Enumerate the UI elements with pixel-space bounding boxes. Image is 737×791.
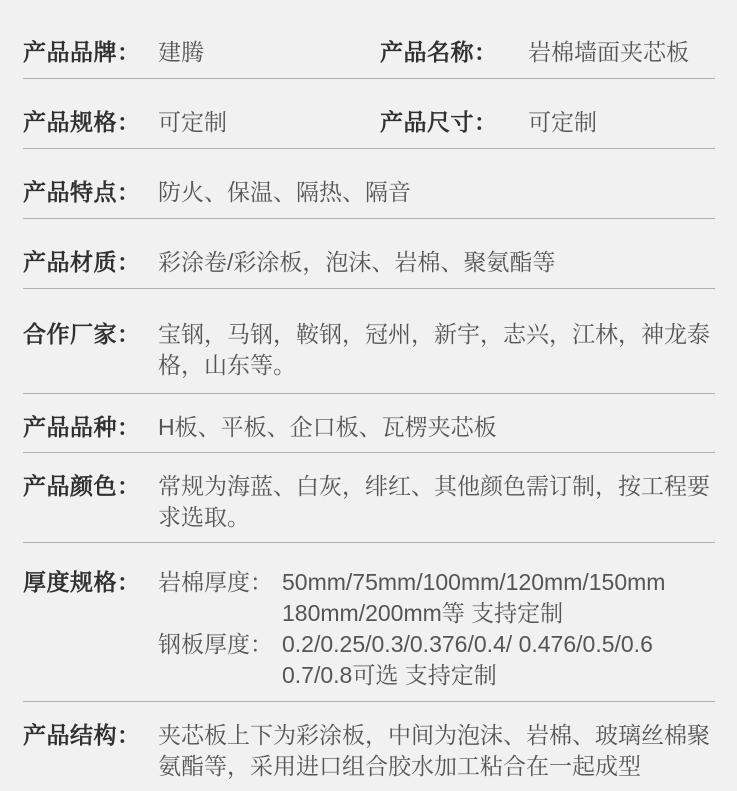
product-name-label: 产品名称： [380, 37, 528, 68]
product-name-value: 岩棉墙面夹芯板 [528, 37, 715, 68]
steel-sheet-thickness-values: 0.2/0.25/0.3/0.376/0.4/ 0.476/0.5/0.6 0.… [282, 629, 715, 691]
colors-label: 产品颜色： [23, 471, 158, 502]
rock-wool-thickness-values: 50mm/75mm/100mm/120mm/150mm 180mm/200mm等… [282, 567, 715, 629]
spec-row-thickness: 厚度规格： 岩棉厚度： 50mm/75mm/100mm/120mm/150mm … [23, 543, 715, 702]
features-value: 防火、保温、隔热、隔音 [158, 177, 715, 208]
size-label: 产品尺寸： [380, 107, 528, 138]
brand-label: 产品品牌： [23, 37, 158, 68]
rock-wool-thickness-line2: 180mm/200mm等 支持定制 [282, 598, 715, 629]
partners-label: 合作厂家： [23, 319, 158, 350]
rock-wool-thickness: 岩棉厚度： 50mm/75mm/100mm/120mm/150mm 180mm/… [158, 567, 715, 629]
varieties-label: 产品品种： [23, 412, 158, 443]
thickness-label: 厚度规格： [23, 567, 158, 598]
spec-row-features: 产品特点： 防火、保温、隔热、隔音 [23, 149, 715, 219]
spec-row-varieties: 产品品种： H板、平板、企口板、瓦楞夹芯板 [23, 394, 715, 453]
colors-value: 常规为海蓝、白灰，绯红、其他颜色需订制，按工程要求选取。 [158, 471, 715, 533]
steel-sheet-thickness-label: 钢板厚度： [158, 629, 282, 660]
spec-row-colors: 产品颜色： 常规为海蓝、白灰，绯红、其他颜色需订制，按工程要求选取。 [23, 453, 715, 543]
brand-value: 建腾 [158, 37, 380, 68]
features-label: 产品特点： [23, 177, 158, 208]
spec-row-partners: 合作厂家： 宝钢，马钢，鞍钢，冠州，新宇，志兴，江林，神龙泰格，山东等。 [23, 289, 715, 394]
spec-row-material: 产品材质： 彩涂卷/彩涂板，泡沫、岩棉、聚氨酯等 [23, 219, 715, 289]
structure-value: 夹芯板上下为彩涂板，中间为泡沫、岩棉、玻璃丝棉聚氨酯等，采用进口组合胶水加工粘合… [158, 720, 715, 782]
spec-cell-spec: 产品规格： 可定制 [23, 107, 380, 138]
steel-sheet-thickness-line1: 0.2/0.25/0.3/0.376/0.4/ 0.476/0.5/0.6 [282, 629, 715, 660]
spec-cell-product-name: 产品名称： 岩棉墙面夹芯板 [380, 37, 715, 68]
spec-row-structure: 产品结构： 夹芯板上下为彩涂板，中间为泡沫、岩棉、玻璃丝棉聚氨酯等，采用进口组合… [23, 702, 715, 791]
spec-row-spec-size: 产品规格： 可定制 产品尺寸： 可定制 [23, 79, 715, 149]
material-value: 彩涂卷/彩涂板，泡沫、岩棉、聚氨酯等 [158, 247, 715, 278]
varieties-value: H板、平板、企口板、瓦楞夹芯板 [158, 412, 715, 443]
material-label: 产品材质： [23, 247, 158, 278]
structure-label: 产品结构： [23, 720, 158, 751]
size-value: 可定制 [528, 107, 715, 138]
partners-value: 宝钢，马钢，鞍钢，冠州，新宇，志兴，江林，神龙泰格，山东等。 [158, 319, 715, 381]
product-spec-sheet: 产品品牌： 建腾 产品名称： 岩棉墙面夹芯板 产品规格： 可定制 产品尺寸： 可… [0, 0, 737, 791]
steel-sheet-thickness: 钢板厚度： 0.2/0.25/0.3/0.376/0.4/ 0.476/0.5/… [158, 629, 715, 691]
spec-row-brand-name: 产品品牌： 建腾 产品名称： 岩棉墙面夹芯板 [23, 9, 715, 79]
rock-wool-thickness-label: 岩棉厚度： [158, 567, 282, 598]
rock-wool-thickness-line1: 50mm/75mm/100mm/120mm/150mm [282, 567, 715, 598]
spec-cell-brand: 产品品牌： 建腾 [23, 37, 380, 68]
spec-label: 产品规格： [23, 107, 158, 138]
steel-sheet-thickness-line2: 0.7/0.8可选 支持定制 [282, 660, 715, 691]
thickness-value: 岩棉厚度： 50mm/75mm/100mm/120mm/150mm 180mm/… [158, 567, 715, 691]
spec-cell-size: 产品尺寸： 可定制 [380, 107, 715, 138]
spec-value: 可定制 [158, 107, 380, 138]
